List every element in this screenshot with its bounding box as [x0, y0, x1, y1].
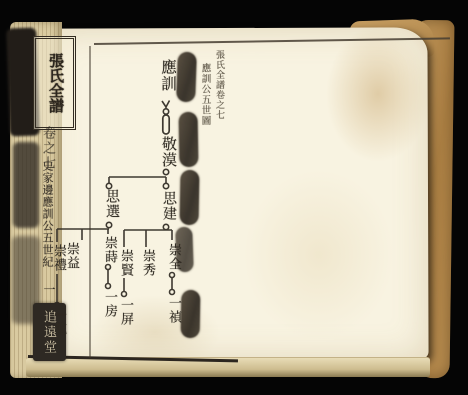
tree-node-yizhen: 一禎: [163, 296, 181, 324]
tree-node-chongshi: 崇蒔: [99, 236, 117, 264]
tree-node-sijian: 思建: [157, 191, 175, 221]
header-chart-title: 應訓公五世圖: [199, 63, 209, 126]
tree-node-chongquan: 崇全: [163, 243, 181, 271]
ink-blot: [179, 112, 199, 167]
ink-blot: [181, 290, 201, 338]
book-title: 張氏全譜: [47, 53, 62, 113]
header-book-title: 張氏全譜卷之七: [215, 50, 224, 120]
tree-node-yiqian: 一乾: [48, 308, 66, 336]
spine-title-box: 張氏全譜: [33, 36, 76, 130]
tree-node-sixuan: 思選: [100, 189, 118, 219]
tree-node-yingxun: 應訓: [157, 59, 175, 92]
tree-node-chongxiu: 崇秀: [137, 249, 155, 277]
page-number: 一: [43, 283, 55, 295]
ink-blot: [180, 170, 200, 225]
tree-node-chongli: 崇禮: [48, 244, 66, 272]
ink-blot: [176, 52, 197, 103]
tree-node-jingmo: 敬漠: [157, 136, 175, 168]
tree-node-yifang: 一房: [99, 290, 117, 318]
book-photo: 張氏全譜 卷之七 史家邊應訓公五世紀 一 追遠堂 張氏全譜卷之七 應訓公五世圖: [0, 0, 468, 395]
